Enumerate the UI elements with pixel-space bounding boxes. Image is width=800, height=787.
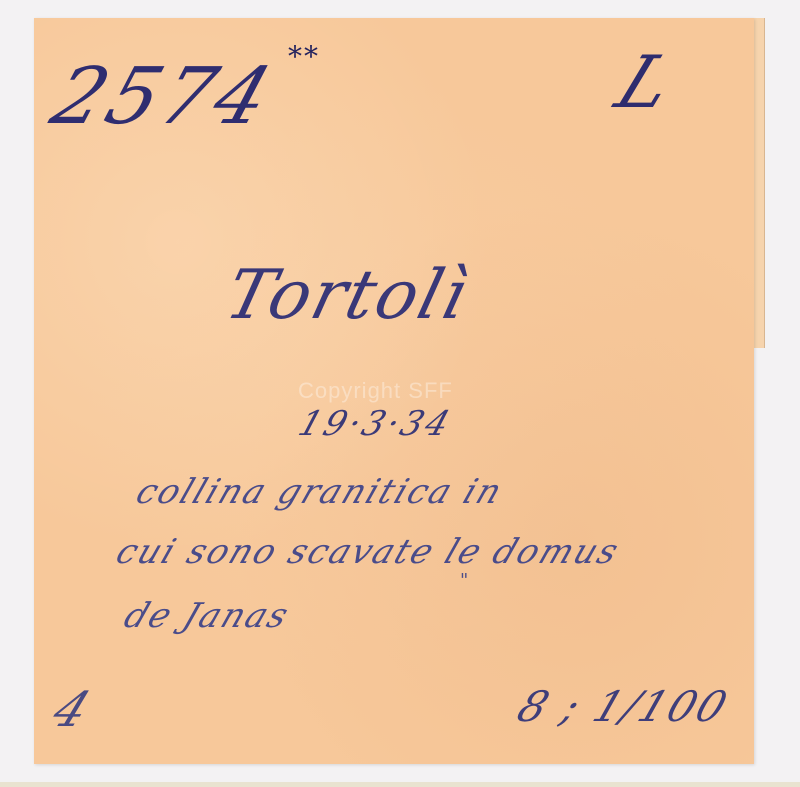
copyright-watermark: Copyright SFF: [298, 378, 453, 404]
description-line-3: de Janas: [119, 596, 296, 636]
bottom-paper-edge: [0, 782, 800, 787]
catalog-number: 2574: [41, 52, 285, 142]
date: 19·3·34: [294, 404, 458, 444]
place-name: Tortolì: [218, 256, 477, 335]
ditto-mark: ": [460, 570, 469, 591]
catalog-stars: **: [288, 40, 320, 73]
bottom-right-mark: 8 ; 1/100: [511, 682, 735, 731]
description-line-2: cui sono scavate le domus: [111, 532, 626, 572]
description-line-1: collina granitica in: [131, 472, 509, 512]
